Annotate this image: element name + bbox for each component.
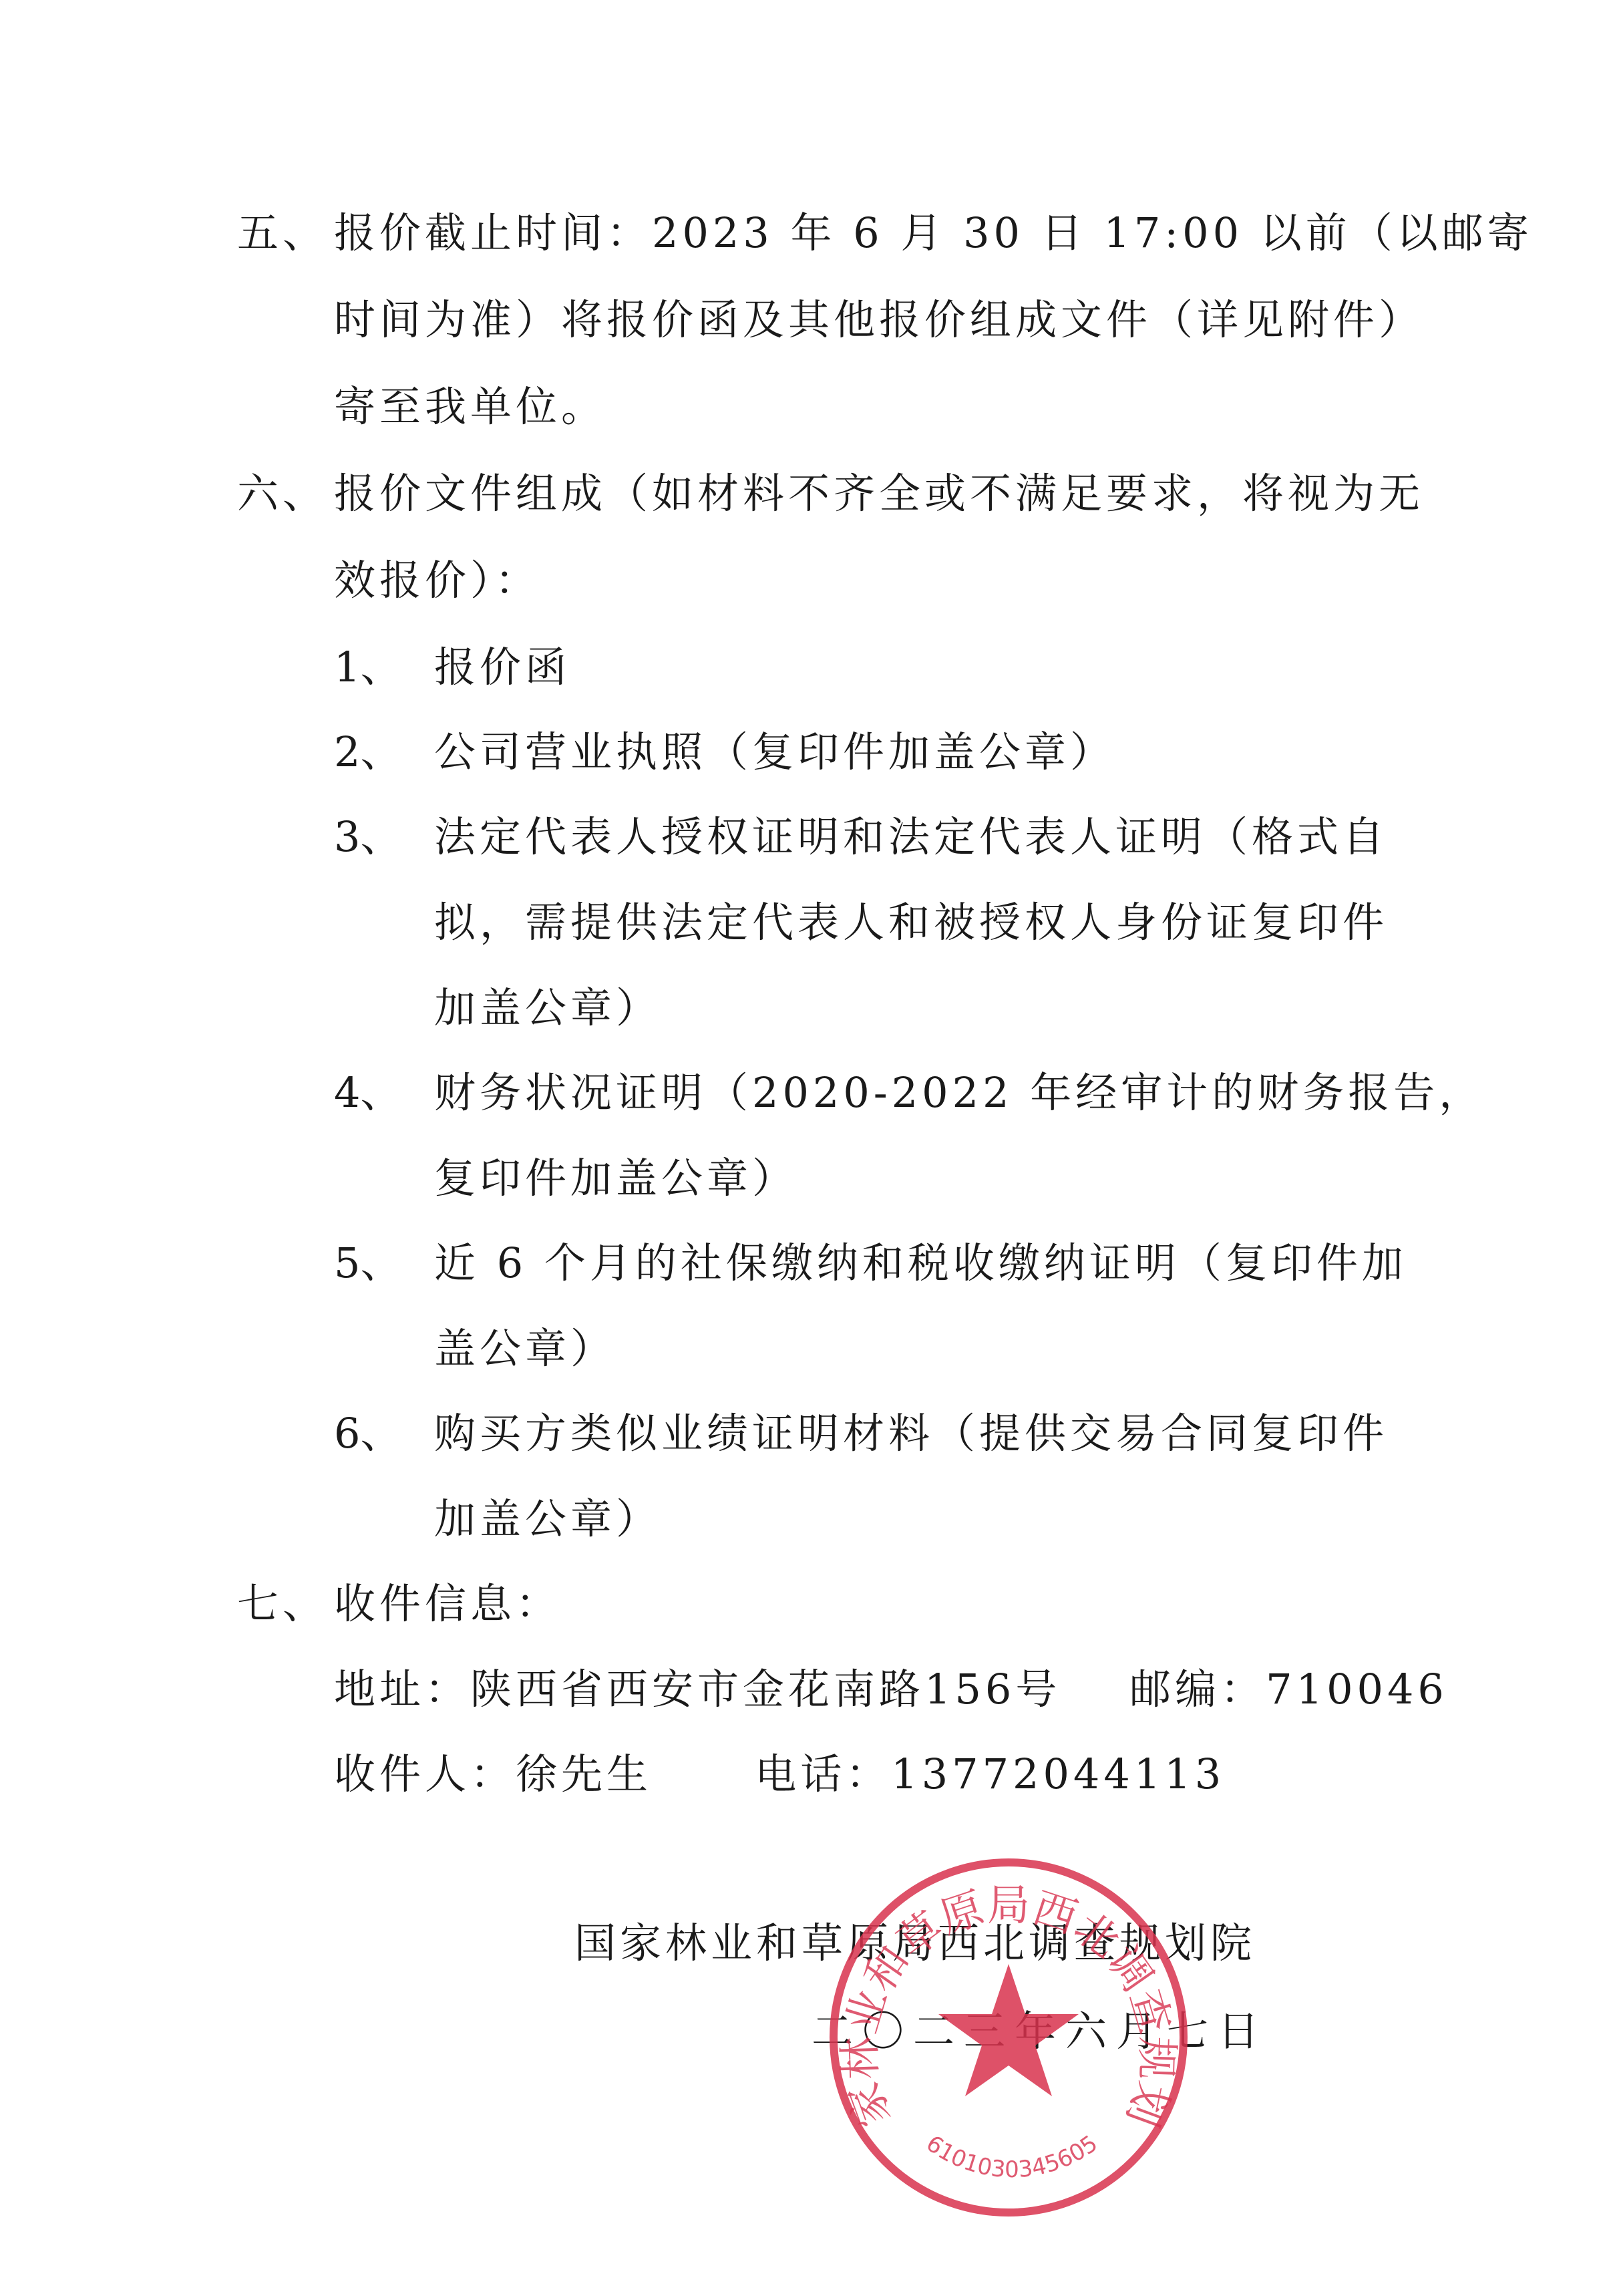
item-1-number: 1、 — [334, 647, 401, 688]
item-6-line-1: 购买方类似业绩证明材料（提供交易合同复印件 — [434, 1413, 1388, 1454]
recipient-line: 收件人：徐先生 电话：13772044113 — [334, 1754, 1225, 1795]
section-6-line-1: 报价文件组成（如材料不齐全或不满足要求，将视为无 — [334, 473, 1424, 514]
item-2-text: 公司营业执照（复印件加盖公章） — [434, 731, 1115, 773]
item-3-line-2: 拟，需提供法定代表人和被授权人身份证复印件 — [434, 902, 1388, 943]
item-5-number: 5、 — [334, 1243, 401, 1284]
section-5-line-2: 时间为准）将报价函及其他报价组成文件（详见附件） — [334, 299, 1424, 341]
address-line: 地址：陕西省西安市金花南路156号 邮编：710046 — [334, 1669, 1448, 1710]
item-2-number: 2、 — [334, 731, 401, 773]
svg-text:6101030345605: 6101030345605 — [921, 2130, 1103, 2183]
item-4-line-1: 财务状况证明（2020-2022 年经审计的财务报告， — [434, 1072, 1484, 1114]
item-5-line-2: 盖公章） — [434, 1328, 616, 1369]
section-6-marker: 六、 — [237, 473, 328, 514]
item-6-number: 6、 — [334, 1413, 401, 1454]
item-4-line-2: 复印件加盖公章） — [434, 1158, 797, 1199]
section-7-marker: 七、 — [237, 1583, 328, 1625]
item-3-line-3: 加盖公章） — [434, 987, 661, 1029]
section-5-marker: 五、 — [237, 212, 328, 254]
section-5-line-3: 寄至我单位。 — [334, 386, 606, 428]
item-4-number: 4、 — [334, 1072, 401, 1114]
item-1-text: 报价函 — [434, 647, 570, 688]
item-3-number: 3、 — [334, 816, 401, 858]
official-seal-icon: 国家林业和草原局西北调查规划院 6101030345605 — [822, 1850, 1196, 2225]
item-3-line-1: 法定代表人授权证明和法定代表人证明（格式自 — [434, 816, 1388, 858]
item-6-line-2: 加盖公章） — [434, 1498, 661, 1540]
section-7-title: 收件信息： — [334, 1583, 561, 1625]
item-5-line-1: 近 6 个月的社保缴纳和税收缴纳证明（复印件加 — [434, 1243, 1407, 1284]
section-6-line-2: 效报价）： — [334, 560, 540, 601]
section-5-line-1: 报价截止时间：2023 年 6 月 30 日 17:00 以前（以邮寄 — [334, 212, 1533, 254]
